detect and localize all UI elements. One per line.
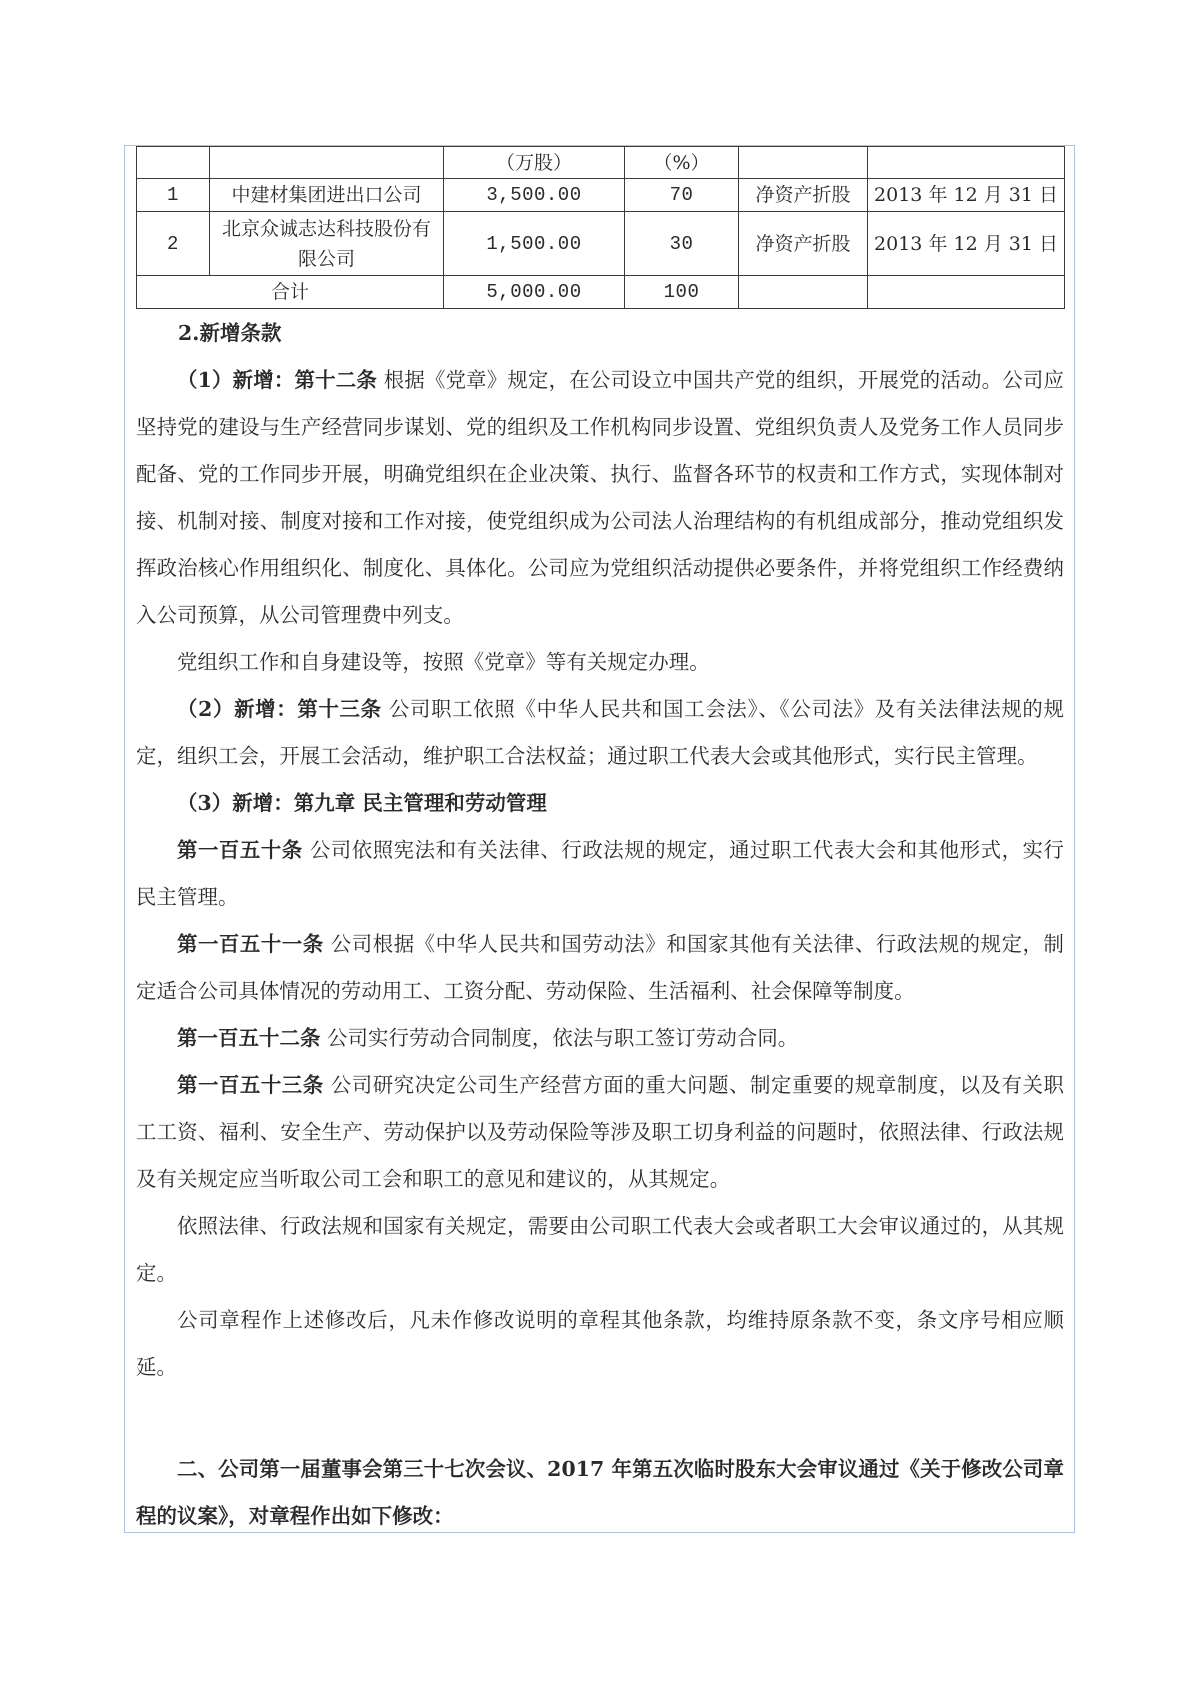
cell-name: 中建材集团进出口公司 [210, 179, 444, 212]
cell-method: 净资产折股 [739, 212, 868, 276]
cell-date: 2013 年 12 月 31 日 [868, 179, 1065, 212]
section-two-heading: 二、公司第一届董事会第三十七次会议、2017 年第五次临时股东大会审议通过《关于… [136, 1446, 1064, 1540]
cell-total-date [868, 276, 1065, 309]
cell-pct: 30 [625, 212, 739, 276]
header-cell-name [210, 147, 444, 179]
table-header-row: （万股） （%） [137, 147, 1065, 179]
paragraph-article-153: 第一百五十三条 公司研究决定公司生产经营方面的重大问题、制定重要的规章制度，以及… [136, 1062, 1064, 1203]
cell-total-method [739, 276, 868, 309]
article-12-body: 根据《党章》规定，在公司设立中国共产党的组织，开展党的活动。公司应坚持党的建设与… [136, 368, 1064, 627]
cell-method: 净资产折股 [739, 179, 868, 212]
paragraph-article-12: （1）新增：第十二条 根据《党章》规定，在公司设立中国共产党的组织，开展党的活动… [136, 357, 1064, 639]
table-row: 1 中建材集团进出口公司 3,500.00 70 净资产折股 2013 年 12… [137, 179, 1065, 212]
header-cell-method [739, 147, 868, 179]
chapter-9-heading: （3）新增：第九章 民主管理和劳动管理 [136, 780, 1064, 827]
cell-total-pct: 100 [625, 276, 739, 309]
cell-pct: 70 [625, 179, 739, 212]
paragraph-article-151: 第一百五十一条 公司根据《中华人民共和国劳动法》和国家其他有关法律、行政法规的规… [136, 921, 1064, 1015]
article-152-body: 公司实行劳动合同制度，依法与职工签订劳动合同。 [320, 1026, 798, 1050]
shareholder-table: （万股） （%） 1 中建材集团进出口公司 3,500.00 70 净资产折股 … [136, 146, 1065, 309]
paragraph-article-150: 第一百五十条 公司依照宪法和有关法律、行政法规的规定，通过职工代表大会和其他形式… [136, 827, 1064, 921]
cell-total-label: 合计 [137, 276, 444, 309]
cell-no: 1 [137, 179, 210, 212]
article-153-label: 第一百五十三条 [177, 1073, 324, 1097]
table-total-row: 合计 5,000.00 100 [137, 276, 1065, 309]
article-13-label: （2）新增：第十三条 [177, 697, 382, 721]
table-row: 2 北京众诚志达科技股份有限公司 1,500.00 30 净资产折股 2013 … [137, 212, 1065, 276]
cell-date: 2013 年 12 月 31 日 [868, 212, 1065, 276]
paragraph-other-clauses: 公司章程作上述修改后，凡未作修改说明的章程其他条款，均维持原条款不变，条文序号相… [136, 1297, 1064, 1391]
paragraph-article-152: 第一百五十二条 公司实行劳动合同制度，依法与职工签订劳动合同。 [136, 1015, 1064, 1062]
header-cell-shares: （万股） [444, 147, 625, 179]
header-cell-no [137, 147, 210, 179]
cell-name: 北京众诚志达科技股份有限公司 [210, 212, 444, 276]
article-12-label: （1）新增：第十二条 [177, 368, 377, 392]
cell-shares: 3,500.00 [444, 179, 625, 212]
paragraph-article-13: （2）新增：第十三条 公司职工依照《中华人民共和国工会法》、《公司法》及有关法律… [136, 686, 1064, 780]
header-cell-pct: （%） [625, 147, 739, 179]
article-150-label: 第一百五十条 [177, 838, 303, 862]
article-152-label: 第一百五十二条 [177, 1026, 320, 1050]
cell-no: 2 [137, 212, 210, 276]
paragraph-party-org: 党组织工作和自身建设等，按照《党章》等有关规定办理。 [136, 639, 1064, 686]
section-heading: 2.新增条款 [178, 310, 1106, 357]
header-cell-date [868, 147, 1065, 179]
article-151-label: 第一百五十一条 [177, 932, 324, 956]
cell-total-shares: 5,000.00 [444, 276, 625, 309]
paragraph-congress-approval: 依照法律、行政法规和国家有关规定，需要由公司职工代表大会或者职工大会审议通过的，… [136, 1203, 1064, 1297]
cell-shares: 1,500.00 [444, 212, 625, 276]
